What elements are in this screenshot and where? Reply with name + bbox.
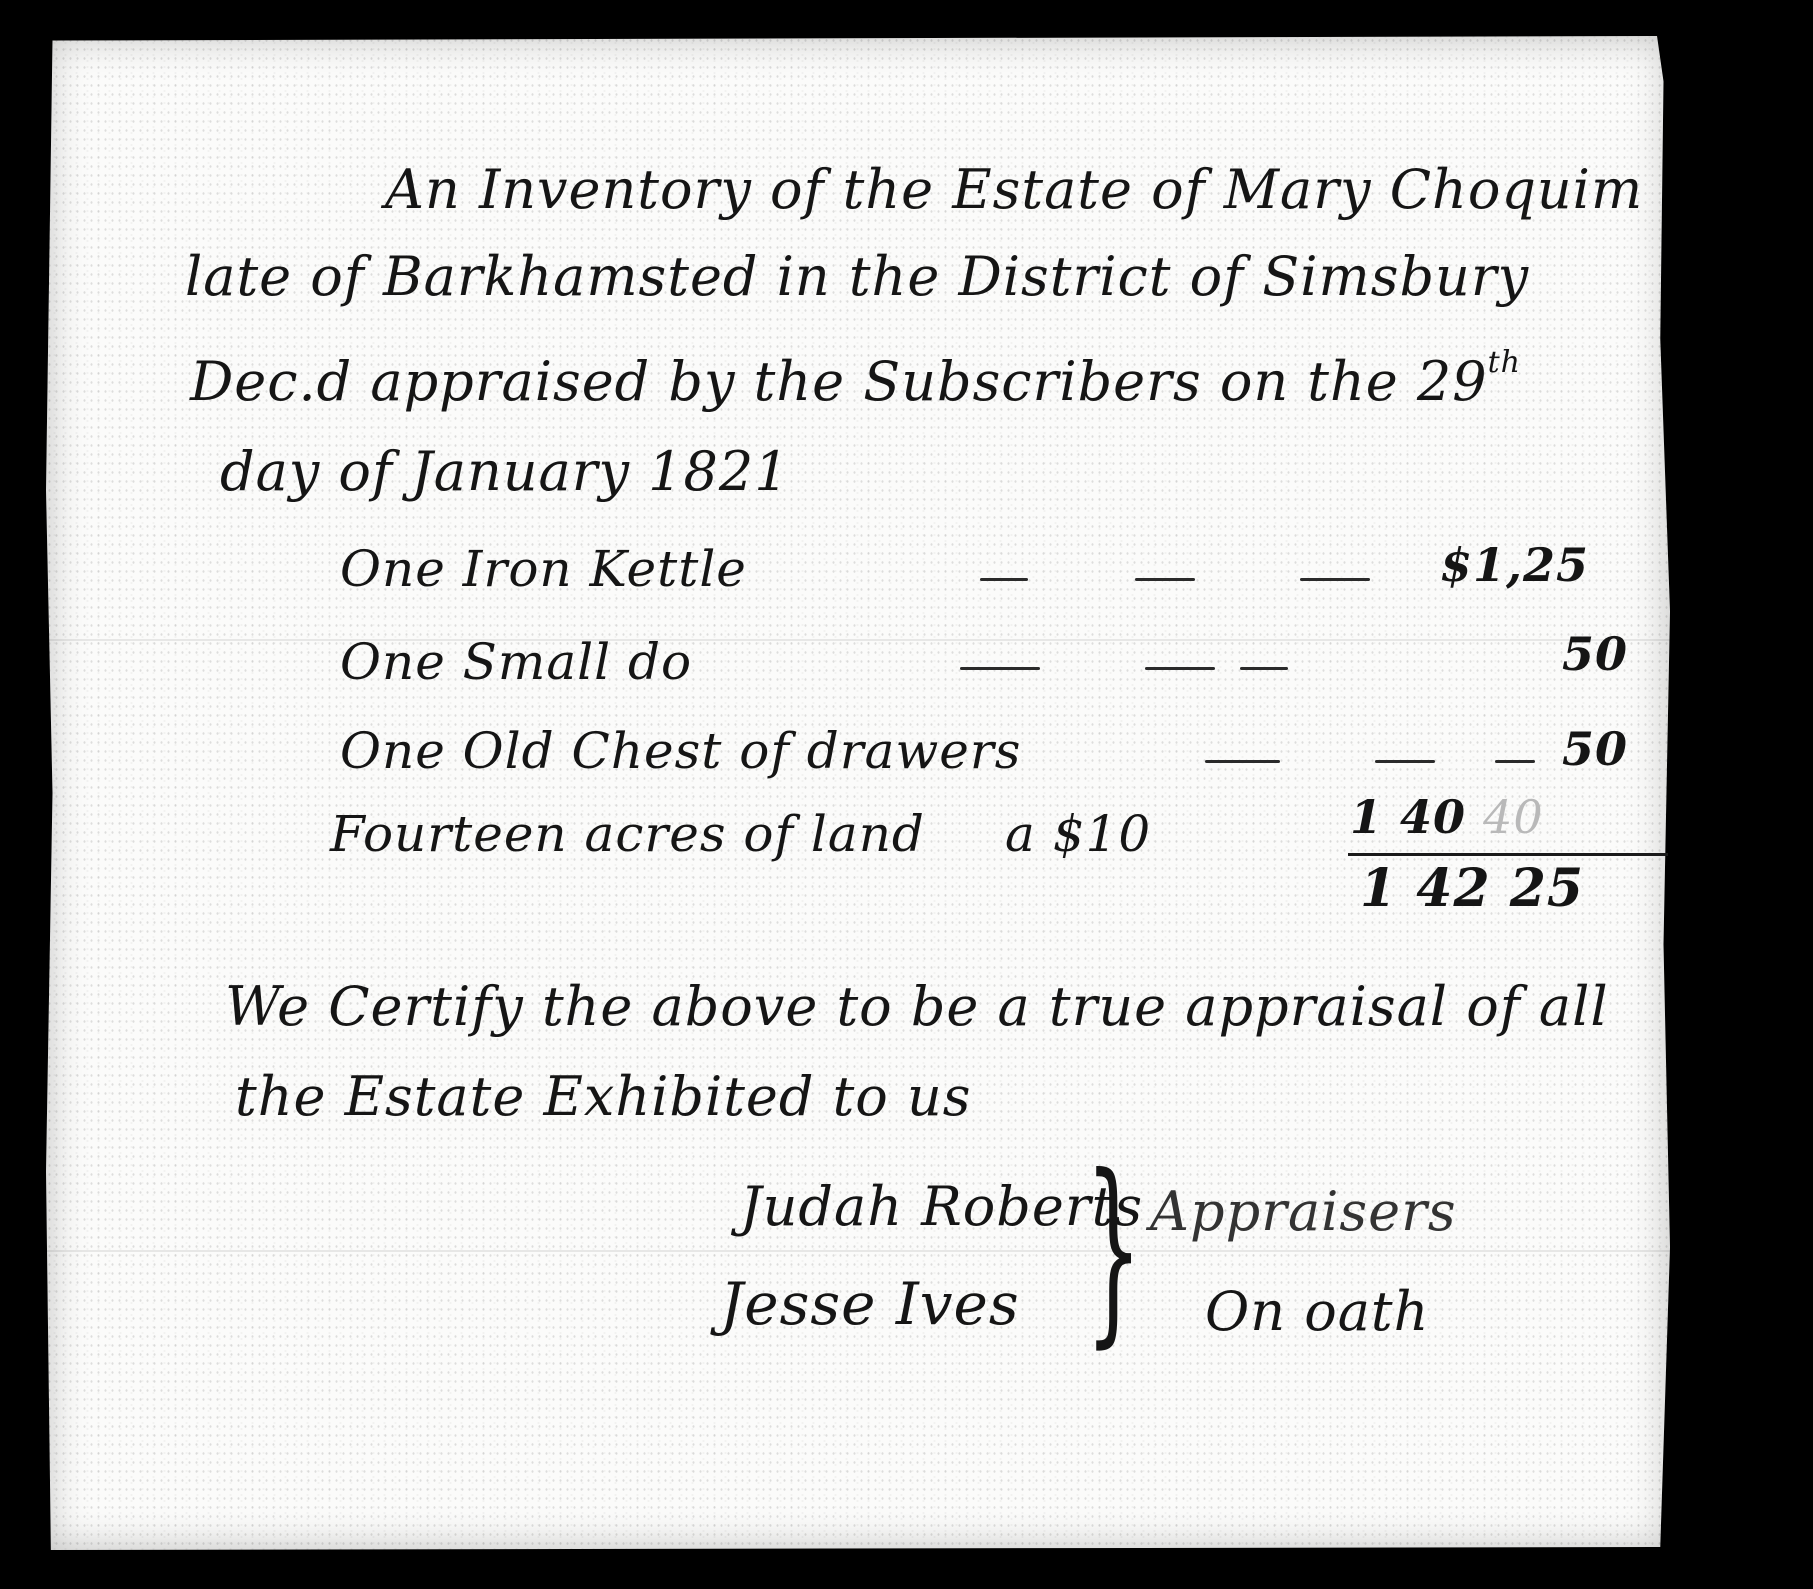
item-amount: $1,25 <box>1440 538 1589 592</box>
total-amount: 1 42 25 <box>1360 858 1584 919</box>
item-description: One Small do <box>340 633 692 691</box>
date-ordinal-suffix: th <box>1488 345 1521 380</box>
item-description: Fourteen acres of land <box>330 805 925 863</box>
certification-line-1: We Certify the above to be a true apprai… <box>225 975 1609 1038</box>
heading-line-4: day of January 1821 <box>220 440 790 503</box>
item-amount: 50 <box>1562 722 1628 776</box>
item-amount: 50 <box>1562 627 1628 681</box>
leader-dash <box>1375 760 1435 763</box>
signature-appraiser-2: Jesse Ives <box>720 1270 1020 1338</box>
leader-dash <box>960 667 1040 670</box>
paper-fold-line <box>46 1250 1670 1252</box>
certification-line-2: the Estate Exhibited to us <box>235 1065 971 1128</box>
heading-line-3-text: Dec.d appraised by the Subscribers on th… <box>190 350 1488 413</box>
leader-dash <box>1205 760 1280 763</box>
leader-dash <box>1495 760 1535 763</box>
sum-rule <box>1348 853 1668 856</box>
faint-pencil-note: 40 <box>1483 790 1544 844</box>
paper-fold-line <box>46 639 1670 641</box>
item-amount-value: 1 40 <box>1350 790 1466 844</box>
signature-appraiser-1: Judah Roberts <box>740 1175 1143 1238</box>
appraisers-note: Appraisers <box>1150 1180 1457 1243</box>
leader-dash <box>1240 667 1288 670</box>
heading-line-2: late of Barkhamsted in the District of S… <box>185 245 1529 308</box>
heading-line-1: An Inventory of the Estate of Mary Choqu… <box>385 158 1643 221</box>
leader-dash <box>1145 667 1215 670</box>
item-amount-value: 1,25 <box>1473 538 1589 592</box>
heading-line-3: Dec.d appraised by the Subscribers on th… <box>190 345 1521 413</box>
leader-dash <box>1135 578 1195 581</box>
on-oath-note: On oath <box>1205 1280 1429 1343</box>
item-amount: 1 40 40 <box>1350 790 1544 844</box>
item-rate: a $10 <box>1005 805 1151 863</box>
item-description: One Old Chest of drawers <box>340 722 1021 780</box>
leader-dash <box>980 578 1028 581</box>
leader-dash <box>1300 578 1370 581</box>
currency-symbol: $ <box>1440 538 1473 592</box>
curly-brace-icon: } <box>1085 1150 1142 1350</box>
item-description: One Iron Kettle <box>340 540 747 598</box>
